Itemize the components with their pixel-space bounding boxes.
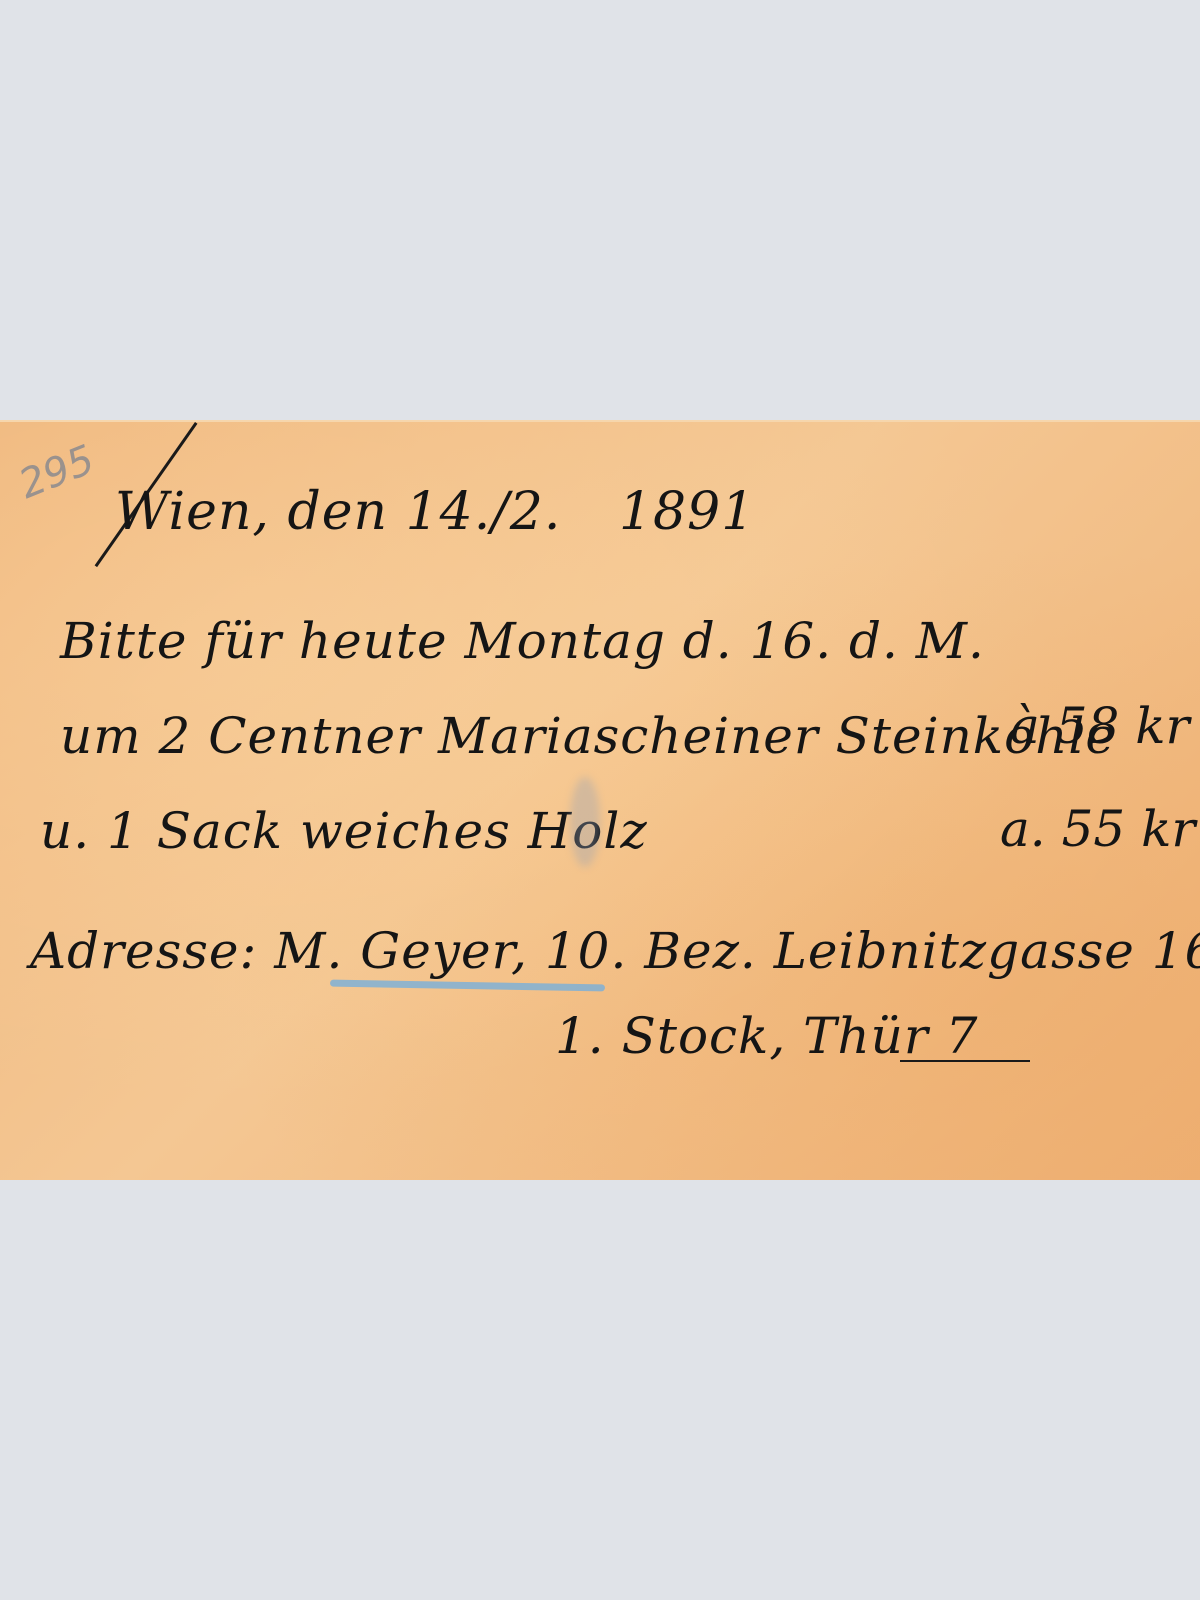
- floor-door-line: 1. Stock, Thür 7: [555, 1007, 979, 1065]
- date-line: Wien, den 14./2. 1891: [115, 482, 755, 542]
- archive-number: 295: [13, 437, 101, 508]
- postcard: 295 Wien, den 14./2. 1891 Bitte für heut…: [0, 420, 1200, 1180]
- address-line: Adresse: M. Geyer, 10. Bez. Leibnitzgass…: [30, 922, 1200, 980]
- blue-crayon-underline: [330, 980, 605, 992]
- body-line-wood-order: u. 1 Sack weiches Holz: [40, 802, 648, 860]
- body-line-coal-order: um 2 Centner Mariascheiner Steinkohle: [60, 707, 1116, 765]
- pen-flourish: [900, 1060, 1030, 1062]
- year: 1891: [619, 482, 755, 542]
- address-label: Adresse:: [30, 922, 257, 980]
- recipient-name: M. Geyer,: [274, 922, 528, 980]
- street-address: 10. Bez. Leibnitzgasse 16: [545, 922, 1200, 980]
- wood-price: a. 55 kr: [1000, 800, 1195, 858]
- body-line-request: Bitte für heute Montag d. 16. d. M.: [60, 612, 985, 670]
- ink-smudge: [570, 777, 600, 867]
- coal-price: à 58 kr: [1010, 697, 1189, 755]
- place-date: Wien, den 14./2.: [115, 482, 561, 542]
